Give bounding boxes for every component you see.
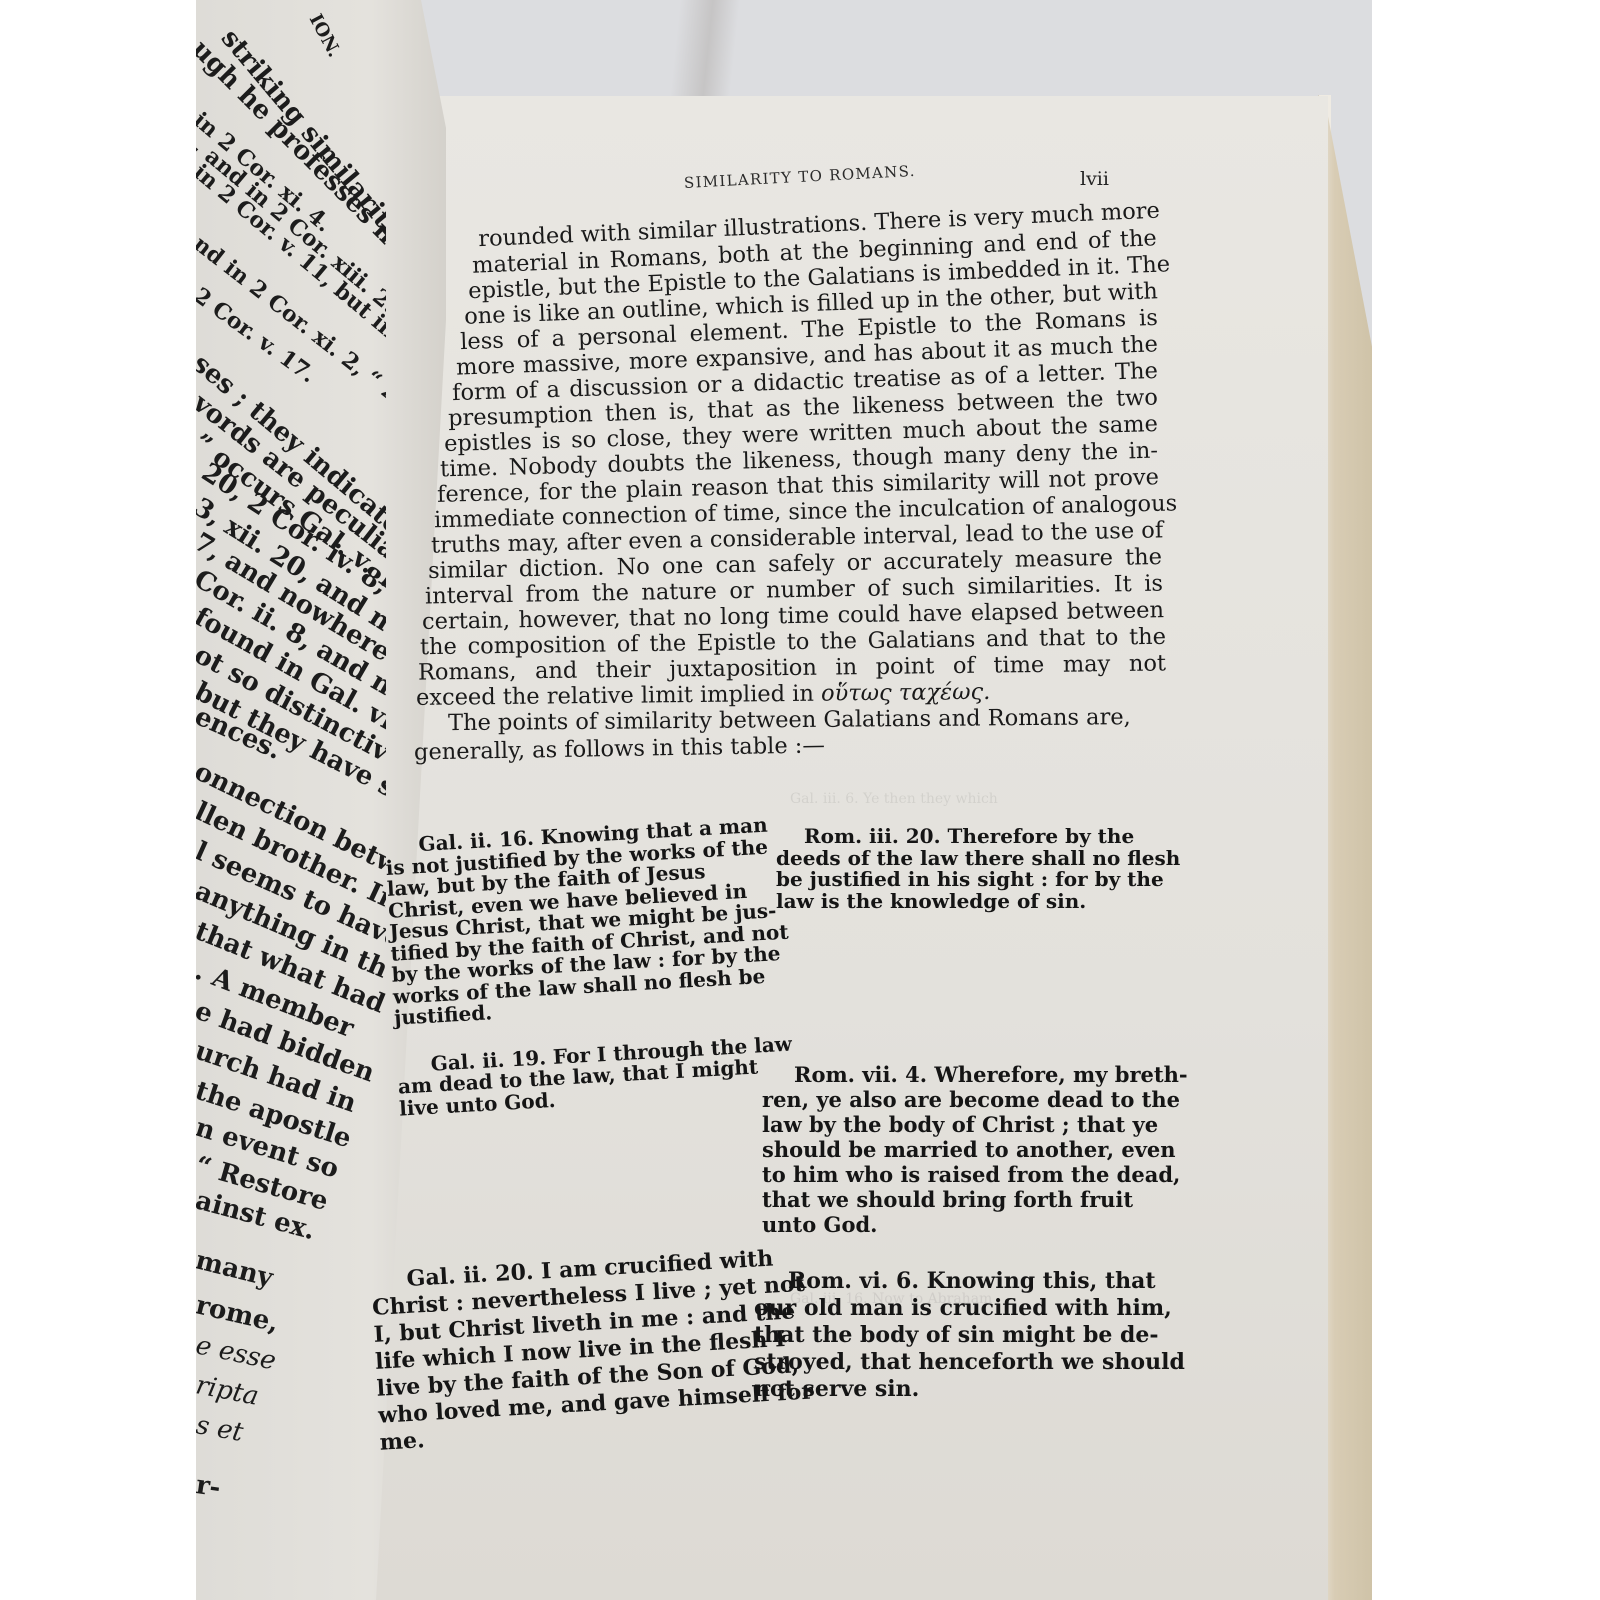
- rom-line: Rom. vi. 6. Knowing this, that: [754, 1268, 1154, 1295]
- table-entry-romans: Rom. vii. 4. Wherefore, my breth- ren, y…: [762, 1062, 1162, 1237]
- romans-column-lower: Rom. vi. 6. Knowing this, that our old m…: [754, 1268, 1154, 1429]
- rom-line: our old man is crucified with him,: [754, 1295, 1154, 1322]
- page-number: lvii: [1080, 168, 1109, 190]
- rom-line: should be married to another, even: [762, 1137, 1162, 1162]
- left-page-header-fragment: ION.: [300, 8, 349, 63]
- left-line: s et: [196, 1410, 245, 1449]
- left-page-text: ION. striking similarities which P ugh h…: [196, 0, 386, 1560]
- table-entry-romans: Rom. vi. 6. Knowing this, that our old m…: [754, 1268, 1154, 1403]
- greek-phrase: οὕτως ταχέως.: [821, 679, 990, 707]
- galatians-column-lower: Gal. ii. 20. I am crucified with Christ …: [370, 1247, 751, 1482]
- bleed-through-text: Gal. iii. 6. Ye then they which: [790, 790, 998, 808]
- rom-line: be justified in his sight : for by the: [776, 869, 1176, 891]
- rom-line: to him who is raised from the dead,: [762, 1162, 1162, 1187]
- rom-line: unto God.: [762, 1212, 1162, 1237]
- romans-column-middle: Rom. vii. 4. Wherefore, my breth- ren, y…: [762, 1062, 1162, 1263]
- table-entry-romans: Rom. iii. 20. Therefore by the deeds of …: [776, 826, 1176, 912]
- table-entry-galatians: Gal. ii. 19. For I through the law am de…: [396, 1035, 769, 1120]
- left-line: r-: [196, 1470, 222, 1504]
- left-line: ripta: [196, 1370, 261, 1413]
- main-paragraph: rounded with similar illustrations. Ther…: [410, 212, 1160, 759]
- galatians-column: Gal. ii. 16. Knowing that a man is not j…: [384, 815, 771, 1145]
- rom-line: law is the knowledge of sin.: [776, 891, 1176, 913]
- rom-line: law by the body of Christ ; that ye: [762, 1112, 1162, 1137]
- rom-line: Rom. iii. 20. Therefore by the: [776, 826, 1176, 848]
- rom-line: ren, ye also are become dead to the: [762, 1087, 1162, 1112]
- table-entry-galatians: Gal. ii. 20. I am crucified with Christ …: [370, 1247, 750, 1456]
- rom-line: not serve sin.: [754, 1376, 1154, 1403]
- paragraph-line: exceed the relative limit implied in: [416, 681, 814, 711]
- rom-line: that we should bring forth fruit: [762, 1187, 1162, 1212]
- table-entry-galatians: Gal. ii. 16. Knowing that a man is not j…: [384, 815, 764, 1029]
- rom-line: deeds of the law there shall no flesh: [776, 848, 1176, 870]
- left-line: many: [196, 1245, 276, 1294]
- rom-line: Rom. vii. 4. Wherefore, my breth-: [762, 1062, 1162, 1087]
- rom-line: that the body of sin might be de-: [754, 1322, 1154, 1349]
- romans-column: Rom. iii. 20. Therefore by the deeds of …: [776, 826, 1176, 938]
- rom-line: stroyed, that henceforth we should: [754, 1349, 1154, 1376]
